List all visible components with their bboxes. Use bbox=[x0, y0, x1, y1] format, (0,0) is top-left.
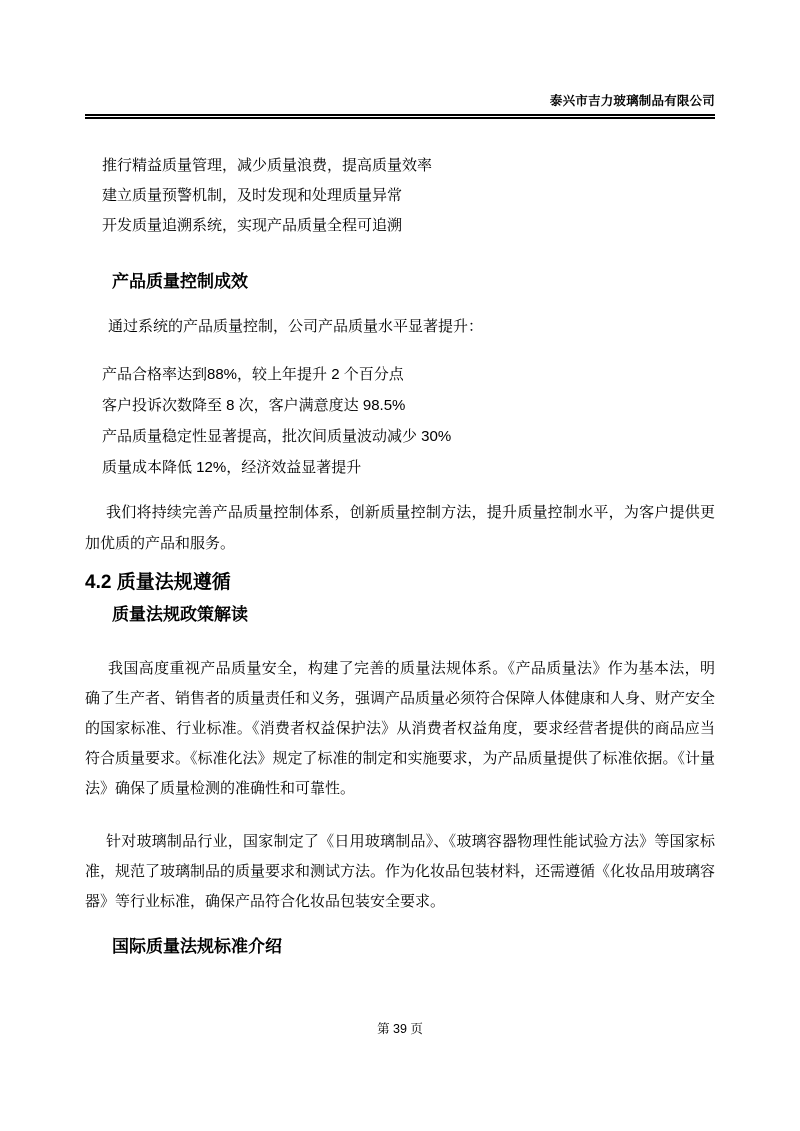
lead-paragraph: 通过系统的产品质量控制，公司产品质量水平显著提升： bbox=[85, 315, 715, 339]
intro-line: 推行精益质量管理，减少质量浪费，提高质量效率 bbox=[102, 151, 715, 181]
stat-line: 客户投诉次数降至 8 次，客户满意度达 98.5% bbox=[102, 390, 715, 421]
intro-line: 建立质量预警机制，及时发现和处理质量异常 bbox=[102, 181, 715, 211]
stat-lines: 产品合格率达到88%，较上年提升 2 个百分点 客户投诉次数降至 8 次，客户满… bbox=[85, 359, 715, 483]
stat-line: 产品合格率达到88%，较上年提升 2 个百分点 bbox=[102, 359, 715, 390]
document-page: 泰兴市吉力玻璃制品有限公司 推行精益质量管理，减少质量浪费，提高质量效率 建立质… bbox=[0, 0, 800, 1131]
closing-paragraph: 我们将持续完善产品质量控制体系，创新质量控制方法，提升质量控制水平，为客户提供更… bbox=[85, 497, 715, 559]
intro-line: 开发质量追溯系统，实现产品质量全程可追溯 bbox=[102, 211, 715, 241]
section-heading-4-2: 4.2 质量法规遵循 bbox=[85, 570, 715, 596]
header-company-name: 泰兴市吉力玻璃制品有限公司 bbox=[85, 93, 715, 109]
stat-line: 产品质量稳定性显著提高，批次间质量波动减少 30% bbox=[102, 421, 715, 452]
page-number: 第 39 页 bbox=[0, 1021, 800, 1037]
header-rule bbox=[85, 114, 715, 119]
intro-lines: 推行精益质量管理，减少质量浪费，提高质量效率 建立质量预警机制，及时发现和处理质… bbox=[85, 151, 715, 241]
subheading-policy-interpretation: 质量法规政策解读 bbox=[85, 602, 715, 627]
subheading-international-standards: 国际质量法规标准介绍 bbox=[85, 934, 715, 959]
paragraph-glass-industry-standards: 针对玻璃制品行业，国家制定了《日用玻璃制品》、《玻璃容器物理性能试验方法》等国家… bbox=[85, 827, 715, 917]
paragraph-domestic-regulations: 我国高度重视产品质量安全，构建了完善的质量法规体系。《产品质量法》作为基本法，明… bbox=[85, 654, 715, 804]
stat-line: 质量成本降低 12%，经济效益显著提升 bbox=[102, 452, 715, 483]
section-heading-quality-control-results: 产品质量控制成效 bbox=[85, 269, 715, 294]
